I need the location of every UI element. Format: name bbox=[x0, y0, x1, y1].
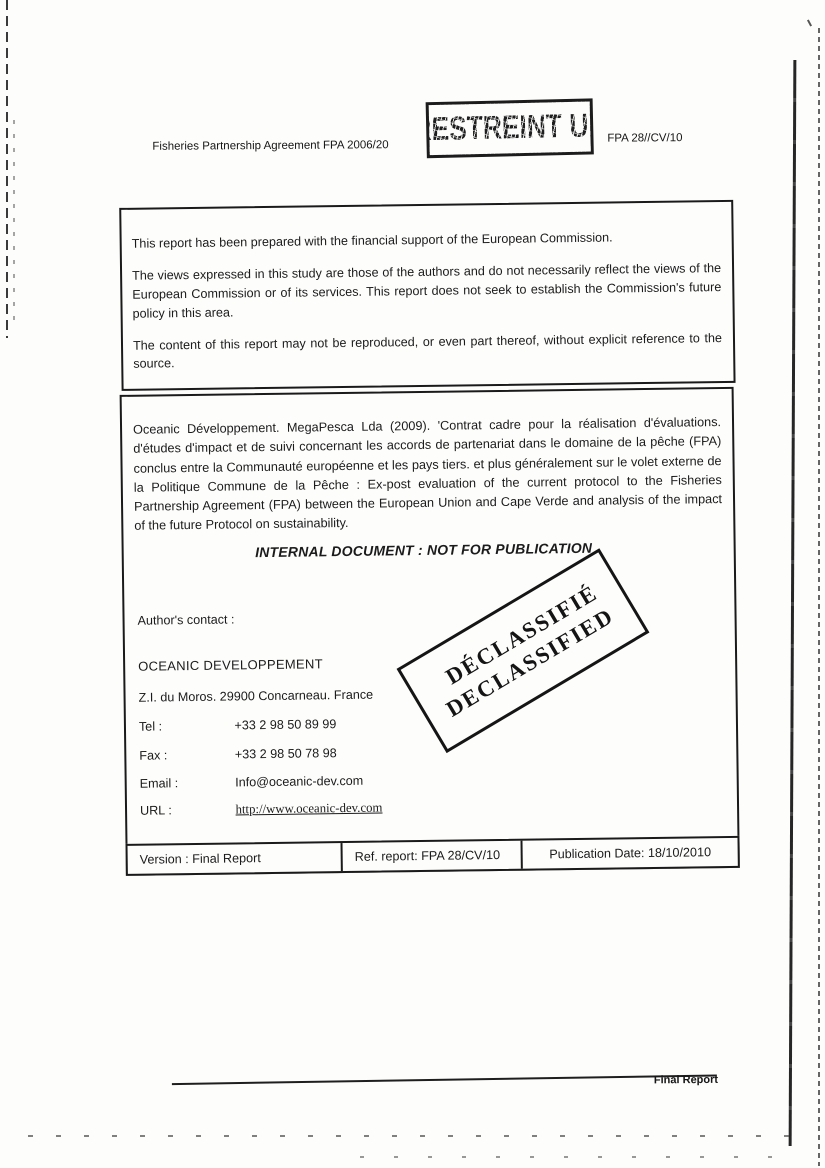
restreint-ue-stamp-text: RESTREINT UE bbox=[426, 107, 594, 149]
publication-date-cell: Publication Date: 18/10/2010 bbox=[522, 838, 737, 869]
scan-artifact-right-dotted-line bbox=[818, 28, 820, 1166]
fax-label: Fax : bbox=[139, 747, 231, 762]
fax-value: +33 2 98 50 78 98 bbox=[235, 746, 337, 761]
email-value: Info@oceanic-dev.com bbox=[235, 774, 363, 790]
tel-label: Tel : bbox=[139, 718, 231, 733]
footer-label: Final Report bbox=[654, 1074, 718, 1086]
version-cell: Version : Final Report bbox=[128, 843, 343, 874]
scan-artifact-left-edge bbox=[6, 0, 8, 338]
disclaimer-paragraph-2: The views expressed in this study are th… bbox=[132, 259, 722, 323]
contact-row-tel: Tel : +33 2 98 50 89 99 bbox=[139, 717, 337, 734]
version-table: Version : Final Report Ref. report: FPA … bbox=[125, 836, 739, 876]
disclaimer-paragraph-3: The content of this report may not be re… bbox=[133, 329, 722, 374]
scan-artifact-bottom-dashes-2 bbox=[360, 1156, 790, 1158]
citation-box: Oceanic Développement. MegaPesca Lda (20… bbox=[120, 387, 740, 876]
internal-notice: INTERNAL DOCUMENT : NOT FOR PUBLICATION bbox=[124, 538, 724, 562]
email-label: Email : bbox=[140, 775, 232, 790]
restreint-ue-stamp: RESTREINT UE bbox=[426, 98, 594, 158]
contact-row-email: Email : Info@oceanic-dev.com bbox=[140, 774, 364, 791]
header-doc-ref-right: FPA 28//CV/10 bbox=[607, 132, 682, 145]
scanned-page: Fisheries Partnership Agreement FPA 2006… bbox=[0, 0, 825, 1168]
scan-artifact-bottom-dashes-1 bbox=[28, 1135, 790, 1137]
url-label: URL : bbox=[140, 802, 232, 817]
company-address: Z.I. du Moros. 29900 Concarneau. France bbox=[138, 688, 373, 705]
disclaimer-paragraph-1: This report has been prepared with the f… bbox=[132, 227, 721, 254]
contact-row-url: URL : http://www.oceanic-dev.com bbox=[140, 801, 383, 819]
declassified-stamp: DÉCLASSIFIÉ DECLASSIFIED bbox=[397, 548, 650, 753]
footer-rule bbox=[172, 1075, 717, 1086]
company-name: OCEANIC DEVELOPPEMENT bbox=[138, 656, 323, 673]
citation-text: Oceanic Développement. MegaPesca Lda (20… bbox=[133, 413, 722, 536]
tel-value: +33 2 98 50 89 99 bbox=[234, 717, 336, 732]
ref-report-cell: Ref. report: FPA 28/CV/10 bbox=[343, 841, 523, 871]
scan-artifact-left-edge-2 bbox=[13, 120, 15, 320]
header-doc-ref-left: Fisheries Partnership Agreement FPA 2006… bbox=[152, 139, 388, 153]
contact-row-fax: Fax : +33 2 98 50 78 98 bbox=[139, 746, 337, 763]
authors-contact-label: Author's contact : bbox=[137, 612, 234, 627]
url-value: http://www.oceanic-dev.com bbox=[235, 801, 382, 817]
disclaimer-box: This report has been prepared with the f… bbox=[119, 200, 735, 391]
